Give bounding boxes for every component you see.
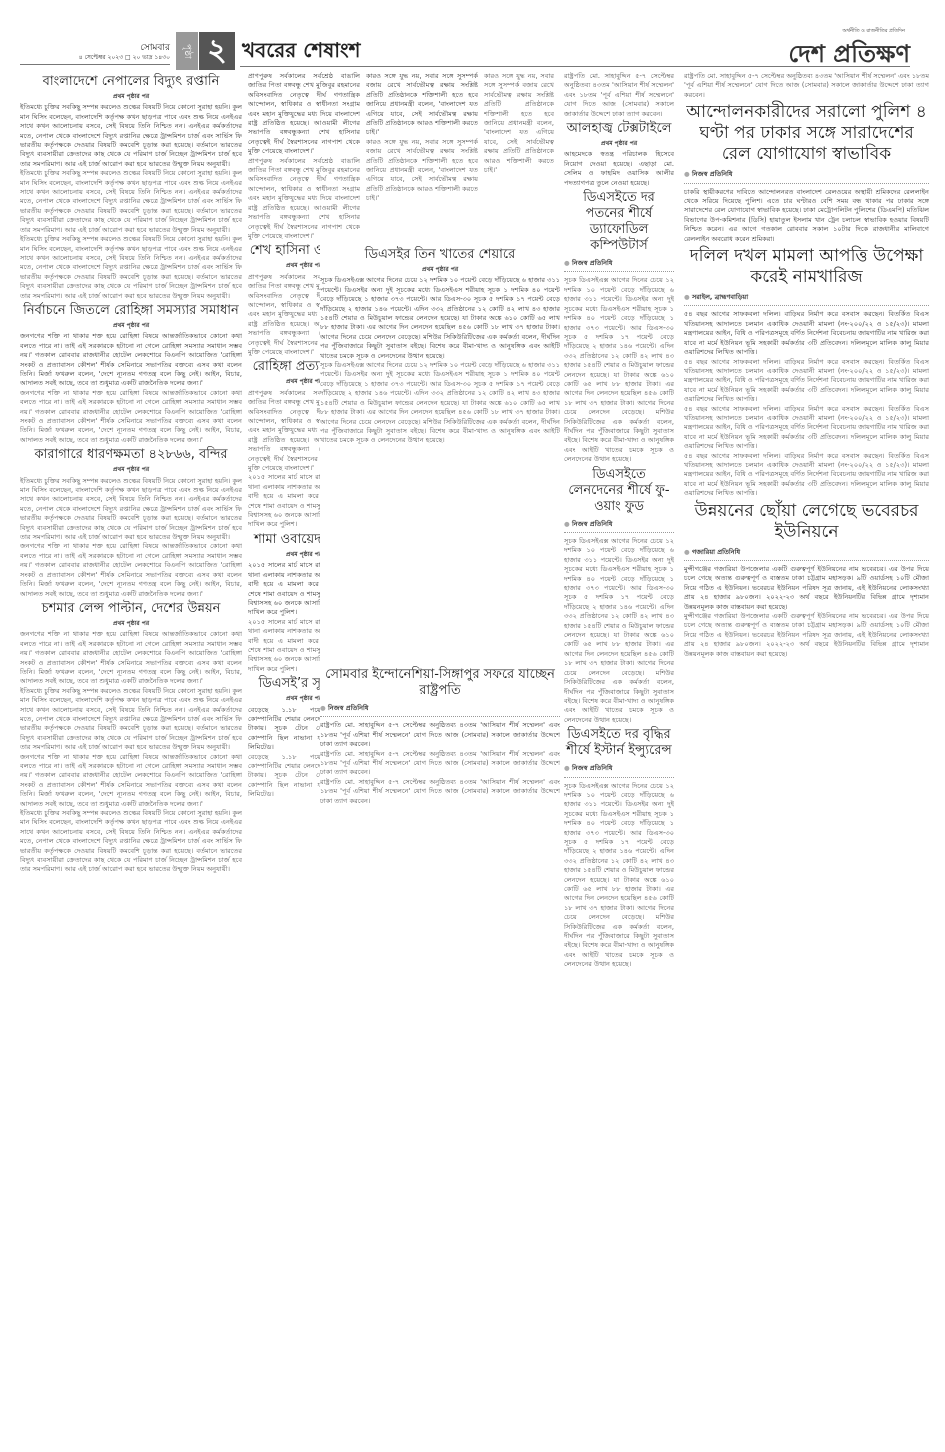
article-body: রাষ্ট্রপতি মো. সাহাবুদ্দিন ৫-৭ সেপ্টেম্ব… [320,778,560,806]
brand-logo: দেশ প্রতিক্ষণ [788,36,910,76]
article-body: প্রাণপুরুষ সর্বকালের সর্বশ্রেষ্ঠ বাঙালি … [248,157,360,242]
byline: নিজস্ব প্রতিনিধি [564,256,674,272]
page-number: ২ [199,32,235,70]
headline: চশমার লেন্স পাল্টান, দেশের উন্নয়ন [20,601,242,617]
divider [20,64,170,65]
article: চশমার লেন্স পাল্টান, দেশের উন্নয়ন প্রথম… [20,601,242,875]
article-body: ইতিমধ্যে চুক্তির সবকিছু সম্পন্ন করলেও শু… [20,103,242,169]
byline: নিজস্ব প্রতিনিধি [684,167,929,183]
article-body: মুন্সীগঞ্জের গজারিয়া উপজেলার একটি গুরুত… [684,565,929,612]
article-body: সূচক ডিএসইএক্স আগের দিনের চেয়ে ১২ দশমিক… [564,782,674,970]
headline: সোমবার ইন্দোনেশিয়া-সিঙ্গাপুর সফরে যাচ্ছ… [320,667,560,699]
article-body: সূচক ডিএসইএক্স আগের দিনের চেয়ে ১২ দশমিক… [320,276,560,361]
article-body: কারও সঙ্গে যুদ্ধ নয়, সবার সঙ্গে সুসম্পর… [366,138,478,204]
headline: আন্দোলনকারীদের সরালো পুলিশ ৪ ঘণ্টা পর ঢা… [684,102,929,165]
article-body: ইতিমধ্যে চুক্তির সবকিছু সম্পন্ন করলেও শু… [20,477,242,543]
article-body: ৫৪ বছর আগের সাফকবলা দলিল। বাড়িঘর নির্মা… [684,405,929,452]
continued-label: প্রথম পৃষ্ঠার পর [320,265,560,274]
byline: গজারিয়া প্রতিনিধি [684,545,929,561]
article-body: ইতিমধ্যে চুক্তির সবকিছু সম্পন্ন করলেও শু… [20,235,242,301]
headline: কারাগারে ধারণক্ষমতা ৪২৮৬৬, বন্দির [20,447,242,463]
continued-label: প্রথম পৃষ্ঠার পর [20,321,242,330]
article-body: ইতিমধ্যে চুক্তির সবকিছু সম্পন্ন করলেও শু… [20,809,242,875]
headline: দলিল দখল মামলা আপত্তি উপেক্ষা করেই নামখা… [684,246,929,288]
article-body: রাষ্ট্রপতি মো. সাহাবুদ্দিন ৫-৭ সেপ্টেম্ব… [684,72,929,100]
headline: ডিএসইর তিন খাতের শেয়ারে [320,247,560,263]
column-6: রাষ্ট্রপতি মো. সাহাবুদ্দিন ৫-৭ সেপ্টেম্ব… [684,72,929,1442]
article-body: ইতিমধ্যে চুক্তির সবকিছু সম্পন্ন করলেও শু… [20,687,242,753]
article-body: রাষ্ট্রপতি মো. সাহাবুদ্দিন ৫-৭ সেপ্টেম্ব… [564,72,674,119]
masthead: সোমবার ৪ সেপ্টেম্বর ২০২৩ □ ২০ ভাদ্র ১৪৩০… [0,0,945,70]
president-article: সোমবার ইন্দোনেশিয়া-সিঙ্গাপুর সফরে যাচ্ছ… [320,665,560,1440]
article-body: জনগণের শক্তি না থাকার শক্ত হয়ে রোহিঙ্গা… [20,753,242,809]
byline: সরাইল, ব্রাহ্মণবাড়িয়া [684,290,929,306]
continued-label: প্রথম পৃষ্ঠার পর [20,465,242,474]
headline: ডিএসইতে দর বৃদ্ধির শীর্ষে ইস্টার্ন ইন্স্… [564,727,674,759]
article-body: সূচক ডিএসইএক্স আগের দিনের চেয়ে ১২ দশমিক… [564,537,674,725]
issue-date: ৪ সেপ্টেম্বর ২০২৩ □ ২০ ভাদ্র ১৪৩০ [20,52,170,63]
article-body: ইতিমধ্যে চুক্তির সবকিছু সম্পন্ন করলেও শু… [20,169,242,235]
article-body: আহমেদকে স্বতন্ত্র পরিচালক হিসেবে নিয়োগ … [564,150,674,188]
headline: নির্বাচনে জিতলে রোহিঙ্গা সমস্যার সমাধান [20,303,242,319]
article-body: ৫৪ বছর আগের সাফকবলা দলিল। বাড়িঘর নির্মা… [684,358,929,405]
byline: নিজস্ব প্রতিনিধি [564,517,674,533]
article-body: কারও সঙ্গে যুদ্ধ নয়, সবার সঙ্গে সুসম্পর… [366,72,478,138]
article-body: চাকরি স্থায়ীকরণের দাবিতে আন্দোলনরত বাংল… [684,188,929,244]
headline: ডিএসইতে দর পতনের শীর্ষে ড্যাফোডিল কম্পিউ… [564,190,674,254]
article-body: কারও সঙ্গে যুদ্ধ নয়, সবার সঙ্গে সুসম্পর… [484,72,554,175]
article: কারাগারে ধারণক্ষমতা ৪২৮৬৬, বন্দির প্রথম … [20,447,242,599]
dse-article: ডিএসইর তিন খাতের শেয়ারে প্রথম পৃষ্ঠার প… [320,245,560,665]
article-body: মুন্সীগঞ্জের গজারিয়া উপজেলার একটি গুরুত… [684,612,929,659]
headline: বাংলাদেশে নেপালের বিদ্যুৎ রপ্তানি [20,74,242,90]
headline: ডিএসইতে লেনদেনের শীর্ষে ফু-ওয়াং ফুড [564,467,674,515]
headline: আলহাজ্ব টেক্সটাইলে [564,121,674,137]
article-body: ৫৪ বছর আগের সাফকবলা দলিল। বাড়িঘর নির্মা… [684,452,929,499]
column-1: বাংলাদেশে নেপালের বিদ্যুৎ রপ্তানি প্রথম … [20,72,242,1442]
article-body: প্রাণপুরুষ সর্বকালের সর্বশ্রেষ্ঠ বাঙালি … [248,72,360,157]
article-body: জনগণের শক্তি না থাকার শক্ত হয়ে রোহিঙ্গা… [20,542,242,598]
article-body: সূচক ডিএসইএক্স আগের দিনের চেয়ে ১২ দশমিক… [320,361,560,446]
column-5: রাষ্ট্রপতি মো. সাহাবুদ্দিন ৫-৭ সেপ্টেম্ব… [564,72,674,1442]
article-body: জনগণের শক্তি না থাকার শক্ত হয়ে রোহিঙ্গা… [20,332,242,388]
article-body: সূচক ডিএসইএক্স আগের দিনের চেয়ে ১২ দশমিক… [564,276,674,464]
article-body: জনগণের শক্তি না থাকার শক্ত হয়ে রোহিঙ্গা… [20,630,242,686]
page-label: পৃষ্ঠা [176,32,198,70]
section-title: খবরের শেষাংশ [242,36,361,69]
byline: নিজস্ব প্রতিনিধি [320,701,560,717]
byline: নিজস্ব প্রতিনিধি [564,761,674,777]
article: নির্বাচনে জিতলে রোহিঙ্গা সমস্যার সমাধান … [20,303,242,445]
article: বাংলাদেশে নেপালের বিদ্যুৎ রপ্তানি প্রথম … [20,74,242,301]
continued-label: প্রথম পৃষ্ঠার পর [20,92,242,101]
continued-label: প্রথম পৃষ্ঠার পর [564,139,674,148]
article-body: ৫৪ বছর আগের সাফকবলা দলিল। বাড়িঘর নির্মা… [684,310,929,357]
article-body: রাষ্ট্রপতি মো. সাহাবুদ্দিন ৫-৭ সেপ্টেম্ব… [320,721,560,749]
article-body: জনগণের শক্তি না থাকার শক্ত হয়ে রোহিঙ্গা… [20,389,242,445]
continued-label: প্রথম পৃষ্ঠার পর [20,619,242,628]
column-4-top: কারও সঙ্গে যুদ্ধ নয়, সবার সঙ্গে সুসম্পর… [484,72,554,247]
brand-tagline: অর্থনীতি ও রাজনীতির প্রতিদিন [842,28,905,36]
headline: উন্নয়নের ছোঁয়া লেগেছে ভবেরচর ইউনিয়নে [684,501,929,543]
article-body: রাষ্ট্রপতি মো. সাহাবুদ্দিন ৫-৭ সেপ্টেম্ব… [320,750,560,778]
